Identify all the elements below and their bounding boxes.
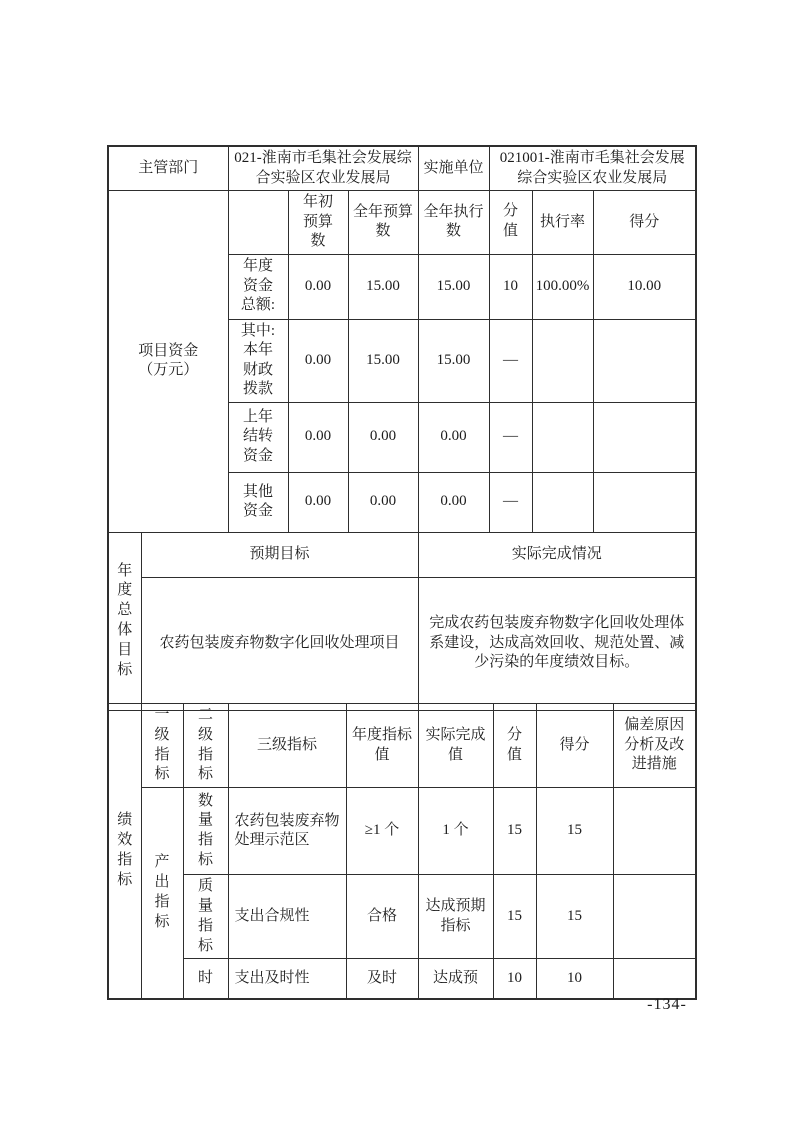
col-header-weight: 分值 <box>489 191 532 255</box>
funding-initial-value: 0.00 <box>288 254 348 319</box>
impl-unit-value-cell: 021001-淮南市毛集社会发展综合实验区农业发展局 <box>489 146 696 191</box>
funding-section-label: 项目资金（万元） <box>108 191 228 533</box>
funding-budget-value: 15.00 <box>348 319 418 402</box>
col-header-actual-value: 实际完成值 <box>418 704 493 788</box>
level2-indicator-cell: 质量指标 <box>183 875 228 959</box>
level2-indicator-cell: 时 <box>183 959 228 999</box>
col-header-execution-rate: 执行率 <box>532 191 593 255</box>
col-header-initial-budget: 年初预算数 <box>288 191 348 255</box>
performance-section-label: 绩效指标 <box>108 704 141 999</box>
funding-rate-value <box>532 472 593 532</box>
funding-score-value <box>593 472 696 532</box>
funding-initial-value: 0.00 <box>288 402 348 472</box>
funding-row-label: 其中:本年财政拨款 <box>228 319 288 402</box>
funding-weight-value: 10 <box>489 254 532 319</box>
funding-weight-value: — <box>489 402 532 472</box>
dept-value-cell: 021-淮南市毛集社会发展综合实验区农业发展局 <box>228 146 418 191</box>
annual-goal-section-label-text: 年度总体目标 <box>117 562 134 681</box>
funding-rate-value <box>532 402 593 472</box>
level1-indicator-cell: 产出指标 <box>141 788 183 999</box>
funding-weight-value: — <box>489 319 532 402</box>
score-cell: 15 <box>536 875 613 959</box>
expected-goal-text: 农药包装废弃物数字化回收处理项目 <box>141 577 418 710</box>
col-header-annual-budget: 全年预算数 <box>348 191 418 255</box>
col-header-perf-weight-text: 分值 <box>506 726 523 766</box>
actual-value-cell: 达成预期指标 <box>418 875 493 959</box>
funding-score-value <box>593 319 696 402</box>
col-header-score: 得分 <box>593 191 696 255</box>
level2-indicator-text: 数量指标 <box>197 792 214 871</box>
level2-indicator-text: 质量指标 <box>197 877 214 956</box>
performance-section-label-text: 绩效指标 <box>117 811 134 890</box>
funding-and-goal-table: 主管部门 021-淮南市毛集社会发展综合实验区农业发展局 实施单位 021001… <box>107 145 697 711</box>
funding-row-label: 年度资金总额: <box>228 254 288 319</box>
actual-value-cell: 达成预 <box>418 959 493 999</box>
funding-corner-cell <box>228 191 288 255</box>
level2-indicator-cell: 数量指标 <box>183 788 228 875</box>
impl-unit-label-cell: 实施单位 <box>418 146 489 191</box>
funding-initial-value: 0.00 <box>288 319 348 402</box>
performance-indicator-table: 绩效指标 一级指标 二级指标 三级指标 年度指标值 实际完成值 分值 得分 偏差… <box>107 703 697 1000</box>
actual-value-cell: 1 个 <box>418 788 493 875</box>
annual-target-cell: 合格 <box>346 875 418 959</box>
funding-score-value <box>593 402 696 472</box>
level3-indicator-cell: 农药包装废弃物处理示范区 <box>228 788 346 875</box>
funding-budget-value: 0.00 <box>348 472 418 532</box>
deviation-cell <box>613 788 696 875</box>
col-header-level3: 三级指标 <box>228 704 346 788</box>
funding-execution-value: 15.00 <box>418 254 489 319</box>
annual-target-cell: 及时 <box>346 959 418 999</box>
weight-cell: 15 <box>493 875 536 959</box>
col-header-perf-weight: 分值 <box>493 704 536 788</box>
page-number: -134- <box>612 996 722 1014</box>
score-cell: 10 <box>536 959 613 999</box>
annual-target-cell: ≥1 个 <box>346 788 418 875</box>
col-header-deviation: 偏差原因分析及改进措施 <box>613 704 696 788</box>
level3-indicator-cell: 支出及时性 <box>228 959 346 999</box>
funding-budget-value: 15.00 <box>348 254 418 319</box>
col-header-annual-execution: 全年执行数 <box>418 191 489 255</box>
document-page: 主管部门 021-淮南市毛集社会发展综合实验区农业发展局 实施单位 021001… <box>0 0 794 1122</box>
col-header-annual-target: 年度指标值 <box>346 704 418 788</box>
col-header-level1-text: 一级指标 <box>154 706 171 785</box>
funding-row-label: 上年结转资金 <box>228 402 288 472</box>
col-header-level1: 一级指标 <box>141 704 183 788</box>
funding-execution-value: 15.00 <box>418 319 489 402</box>
funding-budget-value: 0.00 <box>348 402 418 472</box>
funding-initial-value: 0.00 <box>288 472 348 532</box>
actual-completion-text: 完成农药包装废弃物数字化回收处理体系建设，达成高效回收、规范处置、减少污染的年度… <box>418 577 696 710</box>
funding-execution-value: 0.00 <box>418 402 489 472</box>
annual-goal-section-label: 年度总体目标 <box>108 532 141 710</box>
funding-execution-value: 0.00 <box>418 472 489 532</box>
funding-row-label: 其他资金 <box>228 472 288 532</box>
col-header-level2-text: 二级指标 <box>197 706 214 785</box>
col-header-weight-text: 分值 <box>502 202 519 242</box>
funding-weight-value: — <box>489 472 532 532</box>
funding-score-value: 10.00 <box>593 254 696 319</box>
funding-rate-value <box>532 319 593 402</box>
score-cell: 15 <box>536 788 613 875</box>
funding-section-label-text: 项目资金（万元） <box>136 342 201 381</box>
level3-indicator-cell: 支出合规性 <box>228 875 346 959</box>
dept-label-cell: 主管部门 <box>108 146 228 191</box>
deviation-cell <box>613 875 696 959</box>
col-header-perf-score: 得分 <box>536 704 613 788</box>
funding-rate-value: 100.00% <box>532 254 593 319</box>
actual-completion-header: 实际完成情况 <box>418 532 696 577</box>
expected-goal-header: 预期目标 <box>141 532 418 577</box>
deviation-cell <box>613 959 696 999</box>
level1-indicator-text: 产出指标 <box>154 853 171 932</box>
weight-cell: 15 <box>493 788 536 875</box>
col-header-level2: 二级指标 <box>183 704 228 788</box>
weight-cell: 10 <box>493 959 536 999</box>
